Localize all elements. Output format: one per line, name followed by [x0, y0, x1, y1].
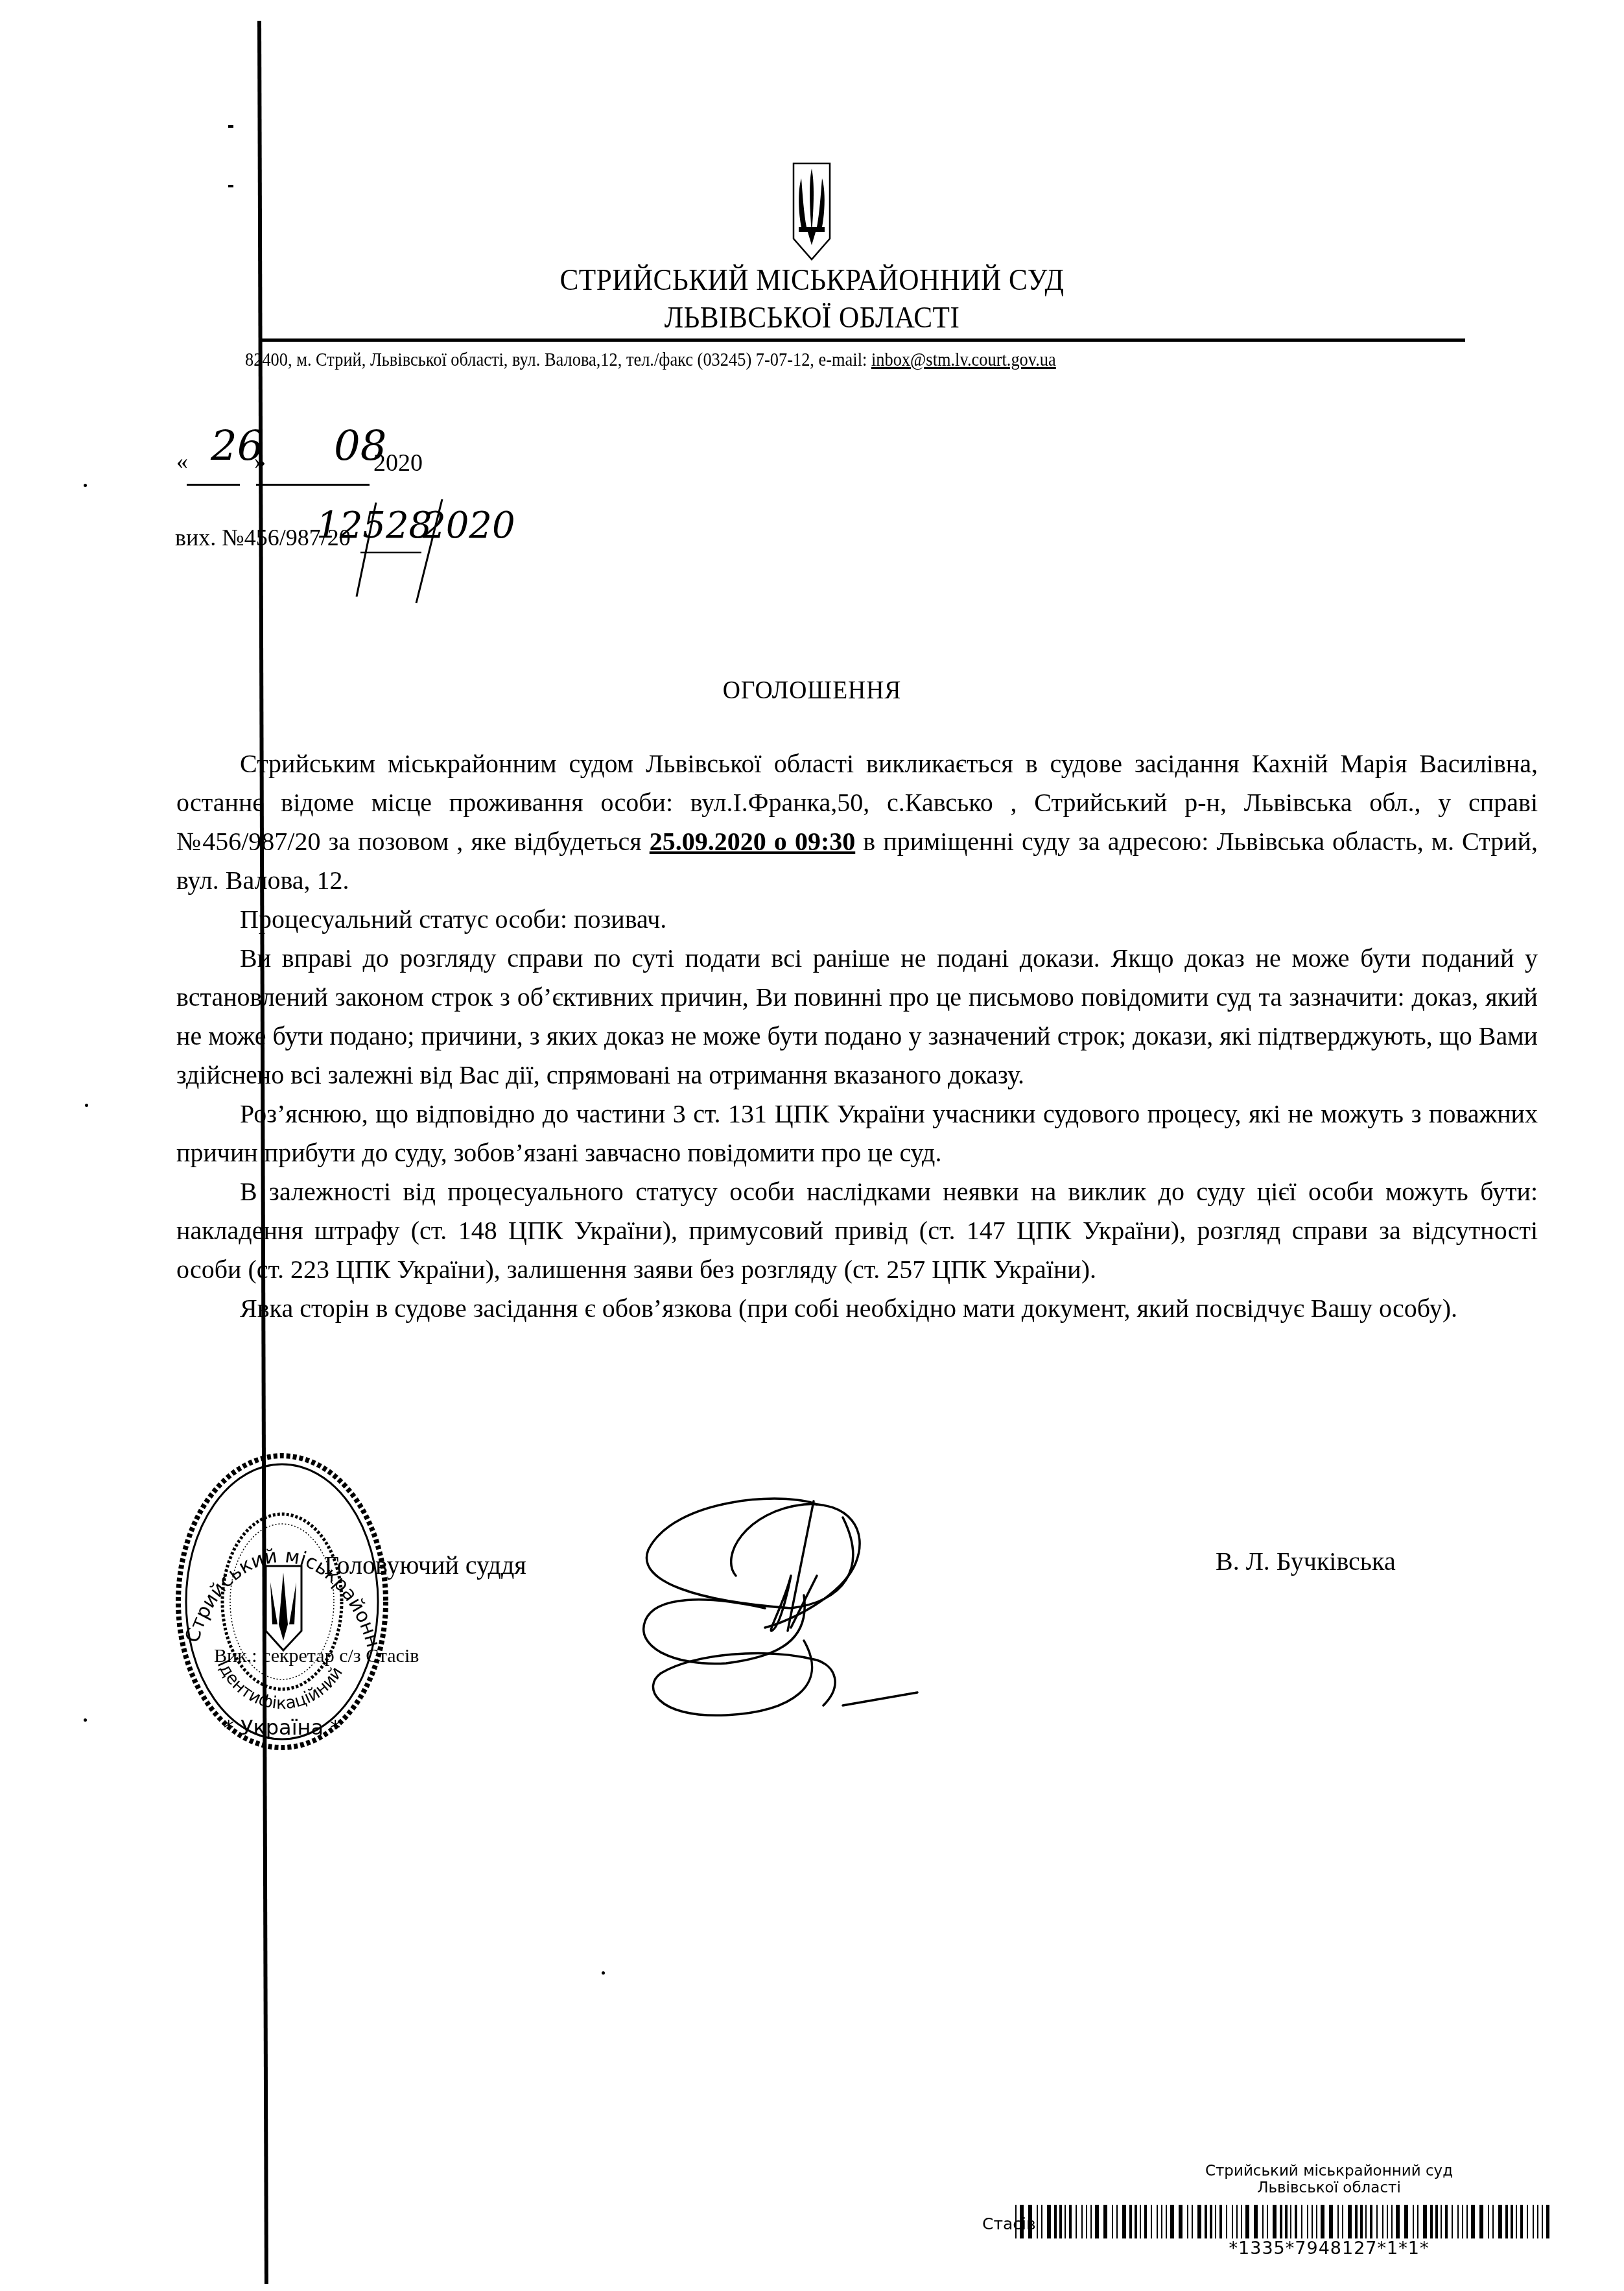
hearing-datetime: 25.09.2020 о 09:30	[650, 827, 855, 856]
handwritten-year: 2020	[423, 504, 515, 547]
signatory-name: В. Л. Бучківська	[1216, 1546, 1396, 1576]
paragraph-explanation: Роз’яснюю, що відповідно до частини 3 ст…	[176, 1095, 1538, 1172]
court-region: ЛЬВІВСЬКОЇ ОБЛАСТІ	[49, 300, 1575, 336]
paragraph-evidence: Ви вправі до розгляду справи по суті под…	[176, 939, 1538, 1095]
address-text: 82400, м. Стрий, Львівської області, вул…	[245, 349, 871, 370]
document-body: Стрийським міськрайонним судом Львівсько…	[176, 744, 1538, 1328]
scan-artifact	[228, 185, 233, 187]
signatory-position: Головуючий суддя	[324, 1550, 526, 1580]
court-name: СТРИЙСЬКИЙ МІСЬКРАЙОННИЙ СУД	[49, 262, 1575, 298]
barcode-court-line1: Стрийський міськрайонний суд	[1102, 2163, 1556, 2179]
secretary-note: Вик.: секретар с/з Стасів	[214, 1645, 419, 1667]
handwritten-number: 12528	[316, 504, 432, 547]
document-date: «	[176, 447, 188, 475]
court-address: 82400, м. Стрий, Львівської області, вул…	[245, 349, 1056, 371]
email-link[interactable]: inbox@stm.lv.court.gov.ua	[871, 349, 1056, 370]
open-quote: «	[176, 448, 188, 474]
scan-artifact	[84, 1718, 87, 1722]
scan-artifact	[85, 1104, 88, 1107]
document-title: ОГОЛОШЕННЯ	[49, 674, 1575, 705]
day-underline	[187, 484, 240, 486]
trident-coat-of-arms-icon	[792, 162, 831, 261]
barcode-number: *1335*7948127*1*1*	[1102, 2238, 1556, 2259]
court-seal-stamp: Стрийський міськрайонний суд Львівської …	[172, 1449, 392, 1754]
paragraph-summons: Стрийським міськрайонним судом Львівсько…	[176, 744, 1538, 900]
barcode-court-line2: Львівської області	[1102, 2179, 1556, 2196]
scan-artifact	[228, 125, 233, 128]
paragraph-attendance: Явка сторін в судове засідання є обов’яз…	[176, 1289, 1538, 1328]
close-quote: »	[254, 447, 266, 475]
scan-artifact	[84, 484, 87, 487]
paragraph-consequences: В залежності від процесуального статусу …	[176, 1172, 1538, 1289]
date-year: 2020	[373, 449, 423, 477]
header-divider	[259, 338, 1465, 342]
handwritten-signature	[635, 1491, 934, 1718]
outgoing-label: вих. №	[175, 525, 244, 551]
scan-artifact	[602, 1971, 605, 1975]
month-underline	[256, 484, 370, 486]
document-barcode	[1015, 2205, 1549, 2238]
barcode-court-name: Стрийський міськрайонний суд Львівської …	[1102, 2163, 1556, 2196]
paragraph-status: Процесуальний статус особи: позивач.	[176, 900, 1538, 939]
svg-text:* Україна *: * Україна *	[224, 1715, 341, 1740]
